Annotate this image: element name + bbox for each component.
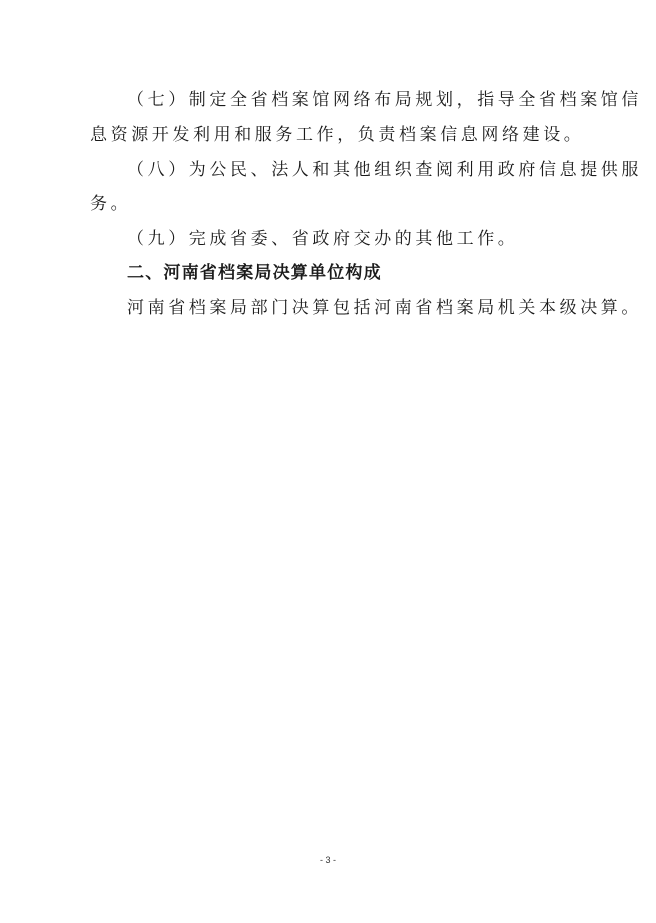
- paragraph-item-7-line-2: 息资源开发利用和服务工作，负责档案信息网络建设。: [90, 125, 584, 145]
- paragraph-item-7-line-1: （七）制定全省档案馆网络布局规划，指导全省档案馆信: [127, 90, 642, 110]
- paragraph-item-9: （九）完成省委、省政府交办的其他工作。: [127, 229, 518, 249]
- page-number: - 3 -: [0, 855, 656, 865]
- paragraph-item-8-line-2: 务。: [90, 194, 131, 214]
- section-heading: 二、河南省档案局决算单位构成: [127, 263, 382, 283]
- paragraph-item-8-line-1: （八）为公民、法人和其他组织查阅利用政府信息提供服: [127, 160, 642, 180]
- section-body: 河南省档案局部门决算包括河南省档案局机关本级决算。: [127, 298, 642, 318]
- document-page: （七）制定全省档案馆网络布局规划，指导全省档案馆信 息资源开发利用和服务工作，负…: [0, 0, 656, 923]
